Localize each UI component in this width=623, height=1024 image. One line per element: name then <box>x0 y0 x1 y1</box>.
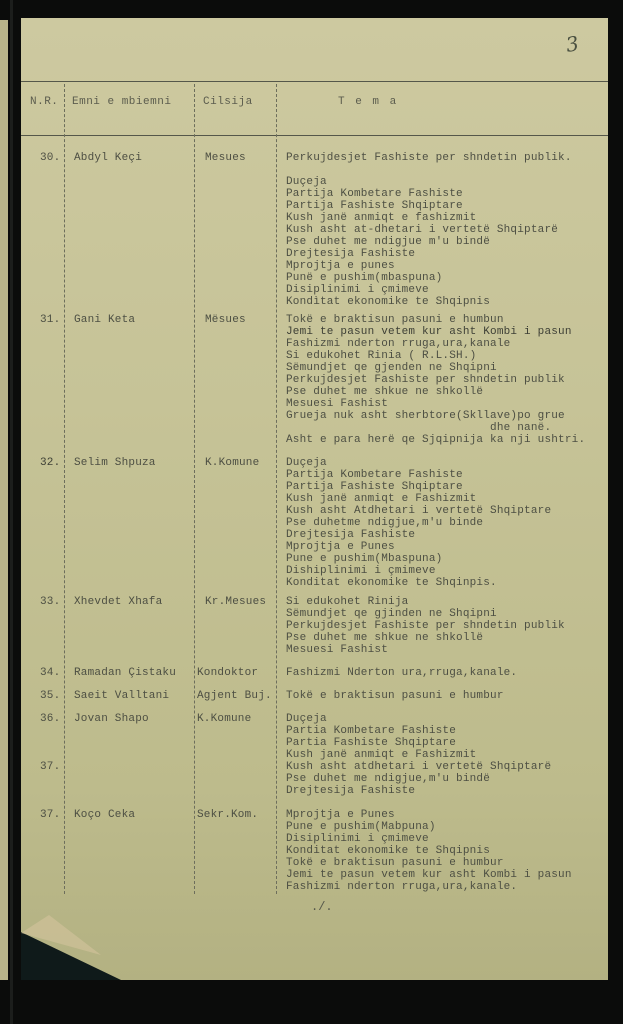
topic-item: Kush asht at-dhetari i vertetë Shqiptarë <box>286 224 558 236</box>
header-top-rule <box>21 81 608 82</box>
topic-item: Jemi te pasun vetem kur asht Kombi i pas… <box>286 326 572 338</box>
topic-item: Perkujdesjet Fashiste per shndetin publi… <box>286 374 565 386</box>
topic-item: Partija Kombetare Fashiste <box>286 469 463 481</box>
row-role: Agjent Buj. <box>197 690 272 702</box>
topic-item: Partija Fashiste Shqiptare <box>286 481 463 493</box>
topic-item: Kush janë anmiqt e Fashizmit <box>286 749 476 761</box>
column-divider-name <box>194 84 195 894</box>
row-role: K.Komune <box>205 457 259 469</box>
row-nr: 35. <box>40 690 60 702</box>
topic-item: Pune e pushim(Mbaspuna) <box>286 553 442 565</box>
column-divider-nr <box>64 84 65 894</box>
row-role: K.Komune <box>197 713 251 725</box>
header-role: Cilsija <box>203 96 253 108</box>
topic-item: Si edukohet Rinia ( R.L.SH.) <box>286 350 476 362</box>
topic-item: Disiplinimi i çmimeve <box>286 284 429 296</box>
row-nr: 32. <box>40 457 60 469</box>
topic-item: Perkujdesjet Fashiste per shndetin publi… <box>286 620 565 632</box>
topic-item: Kondìtat ekonomike te Shqipnis <box>286 296 490 308</box>
topic-item: Fashizmi nderton rruga,ura,kanale <box>286 338 510 350</box>
topic-item: Tokë e braktisun pasuni e humbur <box>286 857 504 869</box>
row-name: Saeit Valltani <box>74 690 169 702</box>
binder-edge <box>10 0 13 1024</box>
topic-item: Pse duhet me shkue ne shkollë <box>286 632 483 644</box>
topic-item: Duçeja <box>286 176 327 188</box>
header-topic: T e m a <box>338 96 398 108</box>
topic-item: Kush janë anmiqt e Fashizmit <box>286 493 476 505</box>
row-name: Selim Shpuza <box>74 457 156 469</box>
row-role: Mësues <box>205 314 246 326</box>
header-name: Emni e mbiemni <box>72 96 171 108</box>
row-role: Sekr.Kom. <box>197 809 258 821</box>
header-bottom-rule <box>21 135 608 136</box>
topic-item: Sëmundjet qe gjinden ne Shqipni <box>286 608 497 620</box>
row-nr: 36. <box>40 713 60 725</box>
topic-item: Si edukohet Rinija <box>286 596 408 608</box>
topic-item: Fashizmi nderton rruga,ura,kanale. <box>286 881 517 893</box>
topic-item: Drejtesija Fashiste <box>286 529 415 541</box>
topic-item: Disiplinimi i çmimeve <box>286 833 429 845</box>
topic-item: Partija Fashiste Shqiptare <box>286 200 463 212</box>
topic-item: Mprojtja e Punes <box>286 809 395 821</box>
row-name: Xhevdet Xhafa <box>74 596 162 608</box>
topic-item: Duçeja <box>286 713 327 725</box>
topic-item: Tokë e braktisun pasuni e humbur <box>286 690 504 702</box>
topic-item: Pse duhetme ndigjue,m'u binde <box>286 517 483 529</box>
topic-item: Sëmundjet qe gjenden ne Shqipni <box>286 362 497 374</box>
topic-item: Drejtesija Fashiste <box>286 248 415 260</box>
row-name: Gani Keta <box>74 314 135 326</box>
adjacent-page-edge <box>0 20 8 980</box>
row-name: Jovan Shapo <box>74 713 149 725</box>
row-nr: 33. <box>40 596 60 608</box>
topic-item: Tokë e braktisun pasuni e humbun <box>286 314 504 326</box>
topic-item: Kush janë anmiqt e fashizmit <box>286 212 476 224</box>
topic-item: Mesuesi Fashist <box>286 398 388 410</box>
row-role: Kondoktor <box>197 667 258 679</box>
row-role: Kr.Mesues <box>205 596 266 608</box>
topic-item: Dishiplinimi i çmimeve <box>286 565 436 577</box>
header-nr: N.R. <box>30 96 58 108</box>
topic-item: Mesuesi Fashist <box>286 644 388 656</box>
topic-item: Jemi te pasun vetem kur asht Kombi i pas… <box>286 869 572 881</box>
topic-item: Grueja nuk asht sherbtore(Skllave)po gru… <box>286 410 565 422</box>
row-nr-extra: 37. <box>40 761 60 773</box>
column-divider-role <box>276 84 277 894</box>
row-nr: 37. <box>40 809 60 821</box>
row-name: Ramadan Çistaku <box>74 667 176 679</box>
topic-item: Pse duhet me ndigjue,m'u bindë <box>286 773 490 785</box>
topic-item: Mprojtja e punes <box>286 260 395 272</box>
row-nr: 30. <box>40 152 60 164</box>
row-nr: 34. <box>40 667 60 679</box>
row-role: Mesues <box>205 152 246 164</box>
topic-item: Partia Fashiste Shqiptare <box>286 737 456 749</box>
topic-item: Perkujdesjet Fashiste per shndetin publi… <box>286 152 572 164</box>
row-nr: 31. <box>40 314 60 326</box>
row-name: Abdyl Keçi <box>74 152 142 164</box>
row-name: Koço Ceka <box>74 809 135 821</box>
topic-item: Mprojtja e Punes <box>286 541 395 553</box>
topic-item: Pse duhet me shkue ne shkollë <box>286 386 483 398</box>
topic-item: Duçeja <box>286 457 327 469</box>
topic-item: Partija Kombetare Fashiste <box>286 188 463 200</box>
topic-item: Kush asht atdhetari i vertetë Shqiptarë <box>286 761 551 773</box>
end-mark: ./. <box>311 900 333 914</box>
topic-item: dhe nanë. <box>286 422 551 434</box>
topic-item: Fashizmi Nderton ura,rruga,kanale. <box>286 667 517 679</box>
topic-item: Asht e para herë qe Sjqipnija ka nji ush… <box>286 434 585 446</box>
topic-item: Pse duhet me ndigjue m'u bindë <box>286 236 490 248</box>
topic-item: Konditat ekonomike te Shqinpis. <box>286 577 497 589</box>
topic-item: Konditat ekonomike te Shqipnis <box>286 845 490 857</box>
topic-item: Pune e pushim(Mabpuna) <box>286 821 436 833</box>
topic-item: Punë e pushim(mbaspuna) <box>286 272 442 284</box>
topic-item: Drejtesija Fashiste <box>286 785 415 797</box>
topic-item: Partia Kombetare Fashiste <box>286 725 456 737</box>
topic-item: Kush asht Atdhetari i vertetë Shqiptare <box>286 505 551 517</box>
